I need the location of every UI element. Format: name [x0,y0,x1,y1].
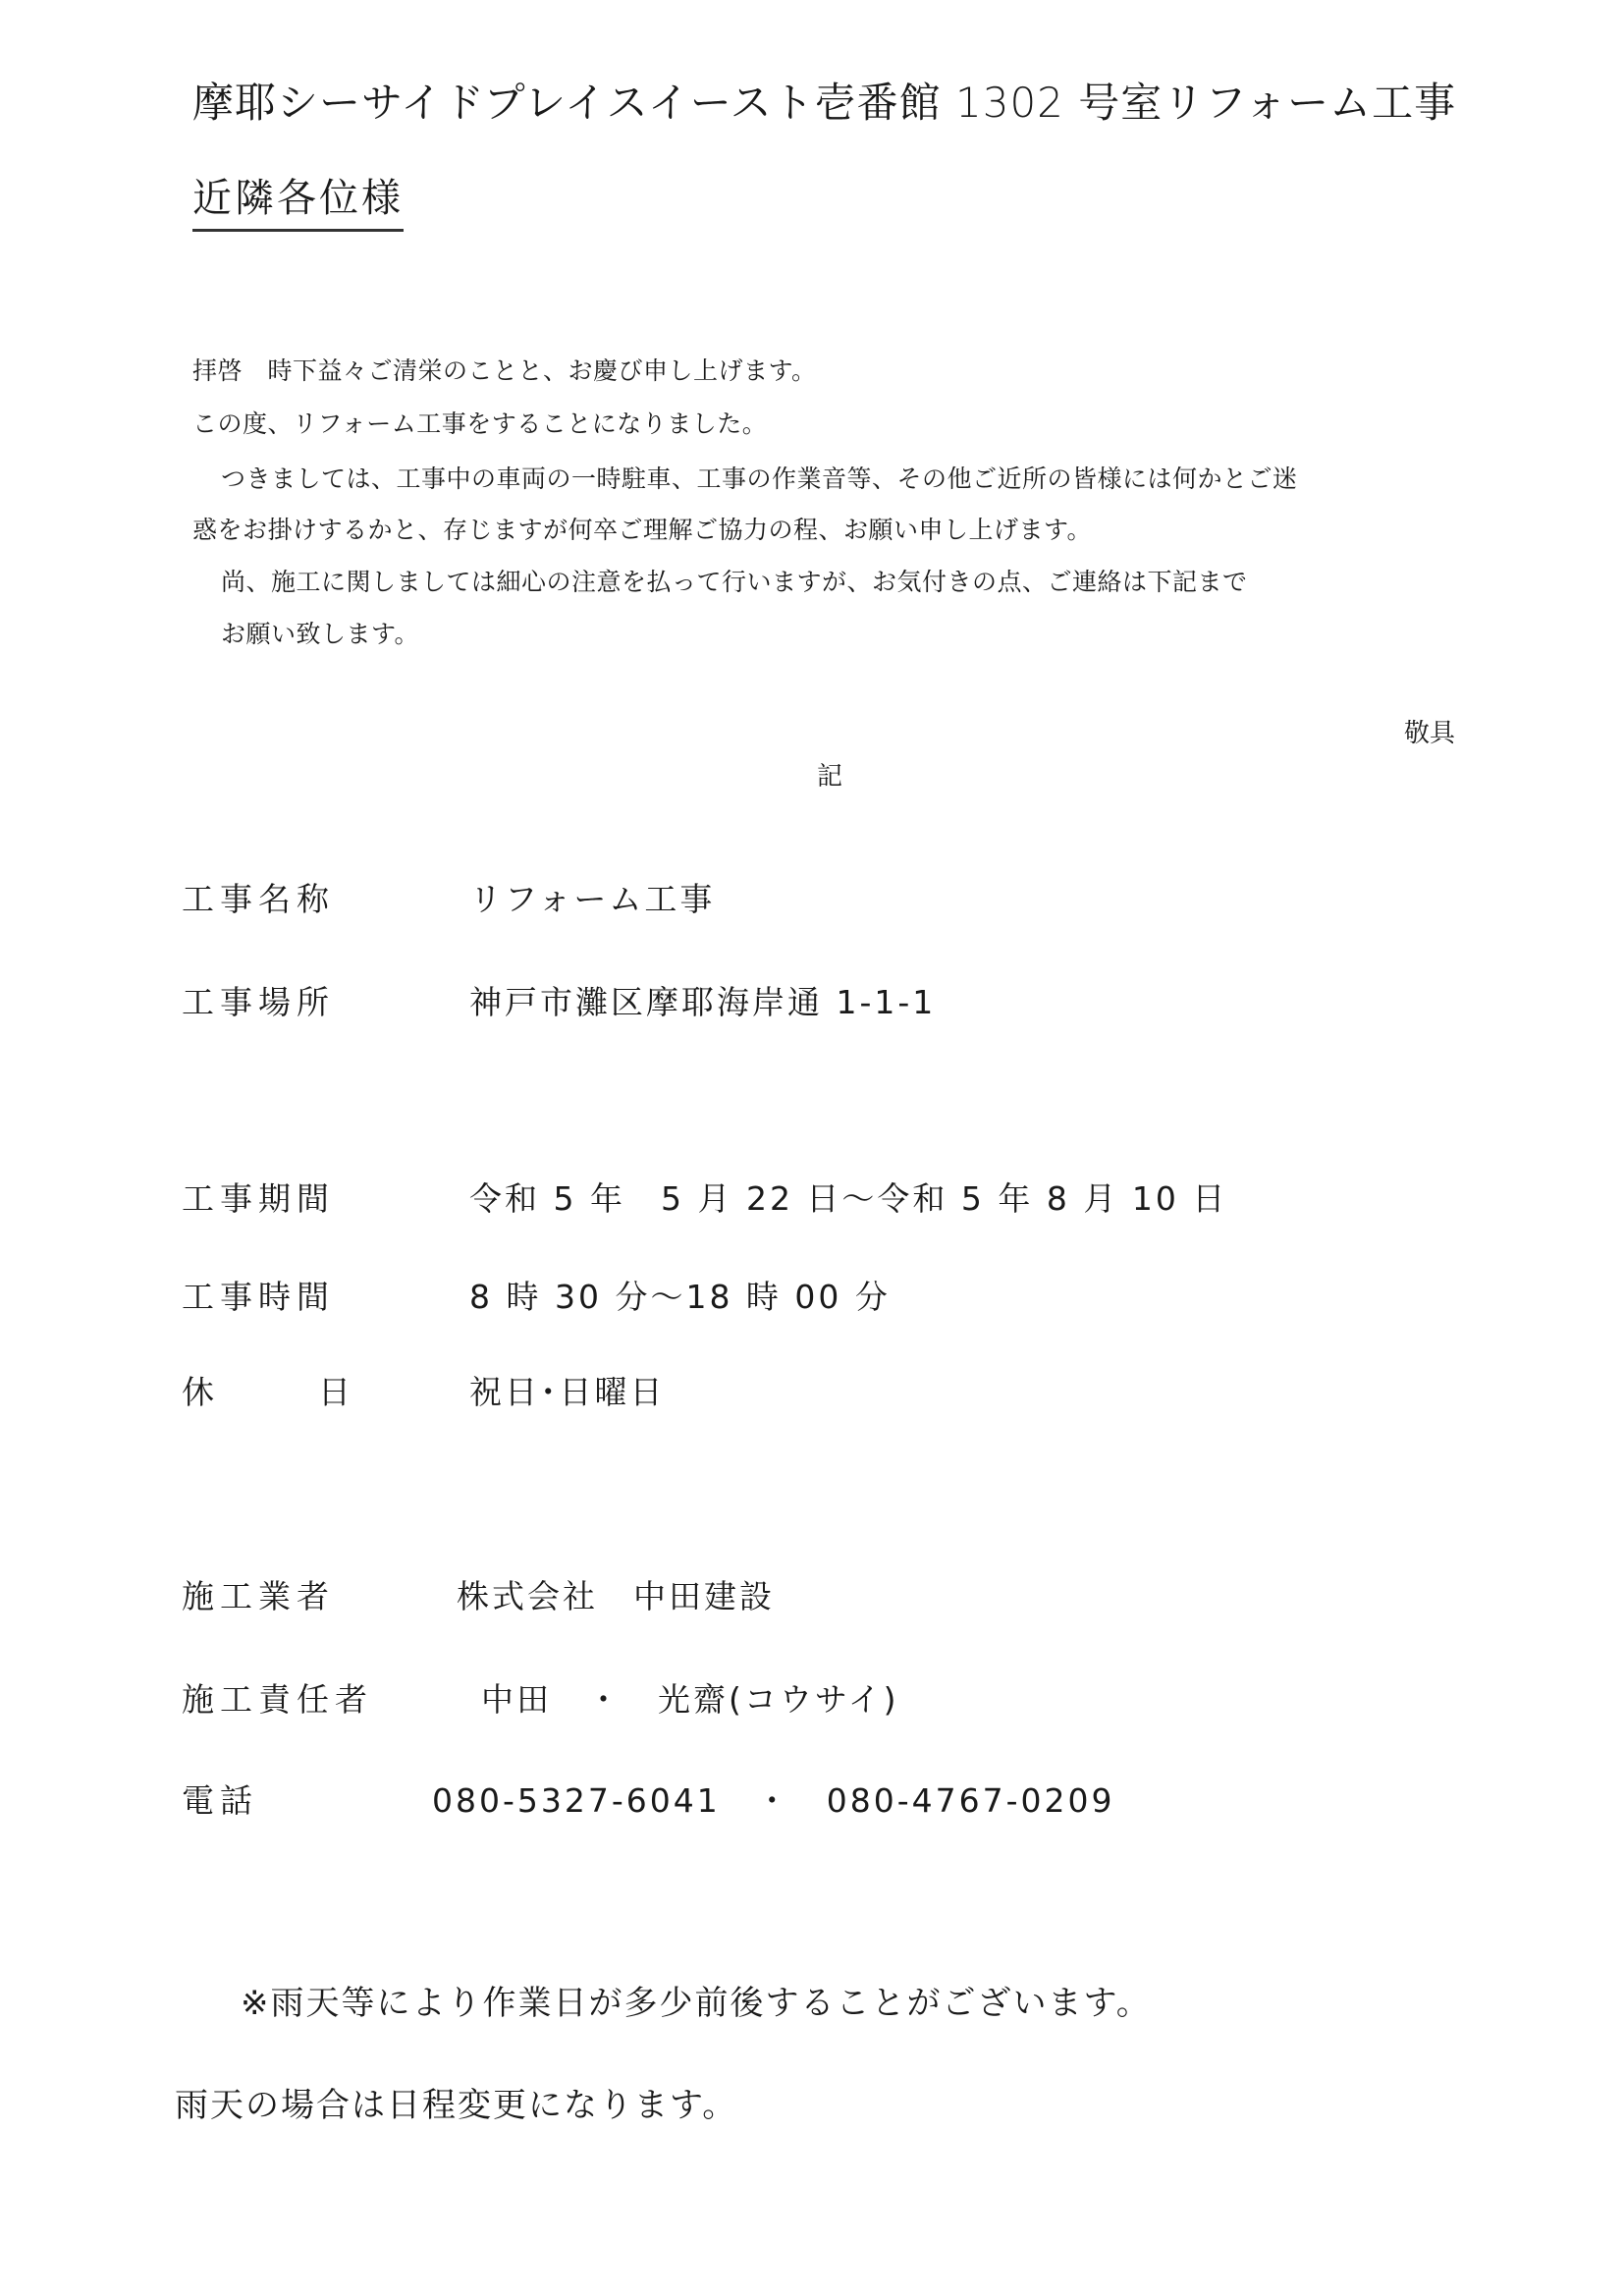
work-hours-value: 8 時 30 分～18 時 00 分 [469,1272,891,1318]
holidays-label-first: 休 [182,1373,220,1411]
rain-note: ※雨天等により作業日が多少前後することがございます。 [241,1976,1152,2024]
phone-value: 080-5327-6041 ・ 080-4767-0209 [432,1776,1115,1822]
ki-heading: 記 [817,756,842,793]
document-title: 摩耶シーサイドプレイスイースト壱番館 1302 号室リフォーム工事 [192,71,1456,130]
letter-line: 拝啓 時下益々ご清栄のことと、お慶び申し上げます。 [192,352,817,387]
manager-value: 中田 ・ 光齋(コウサイ) [481,1674,898,1721]
work-name-value: リフォーム工事 [469,874,715,920]
holidays-value: 祝日･日曜日 [469,1367,666,1413]
letter-line: 惑をお掛けするかと、存じますが何卒ご理解ご協力の程、お願い申し上げます。 [192,511,1092,546]
letter-line: 尚、施工に関しましては細心の注意を払って行いますが、お気付きの点、ご連絡は下記ま… [221,563,1248,598]
work-name-label: 工事名称 [182,874,335,920]
work-location-label: 工事場所 [182,977,335,1023]
phone-label: 電話 [182,1776,258,1822]
letter-line: お願い致します。 [221,615,419,650]
work-location-value: 神戸市灘区摩耶海岸通 1-1-1 [469,977,936,1023]
holidays-label: 休日 [182,1367,356,1413]
closing-phrase: 敬具 [1404,713,1455,749]
work-period-value: 令和 5 年 5 月 22 日～令和 5 年 8 月 10 日 [469,1174,1227,1220]
work-hours-label: 工事時間 [182,1272,335,1318]
rain-schedule-note: 雨天の場合は日程変更になります。 [175,2078,737,2126]
work-period-label: 工事期間 [182,1174,335,1220]
addressee: 近隣各位様 [192,167,404,232]
contractor-value: 株式会社 中田建設 [457,1571,775,1617]
contractor-label: 施工業者 [182,1571,335,1617]
letter-line: この度、リフォーム工事をすることになりました。 [192,405,767,440]
letter-line: つきましては、工事中の車両の一時駐車、工事の作業音等、その他ご近所の皆様には何か… [221,460,1298,495]
manager-label: 施工責任者 [182,1674,373,1721]
holidays-label-last: 日 [318,1373,356,1411]
